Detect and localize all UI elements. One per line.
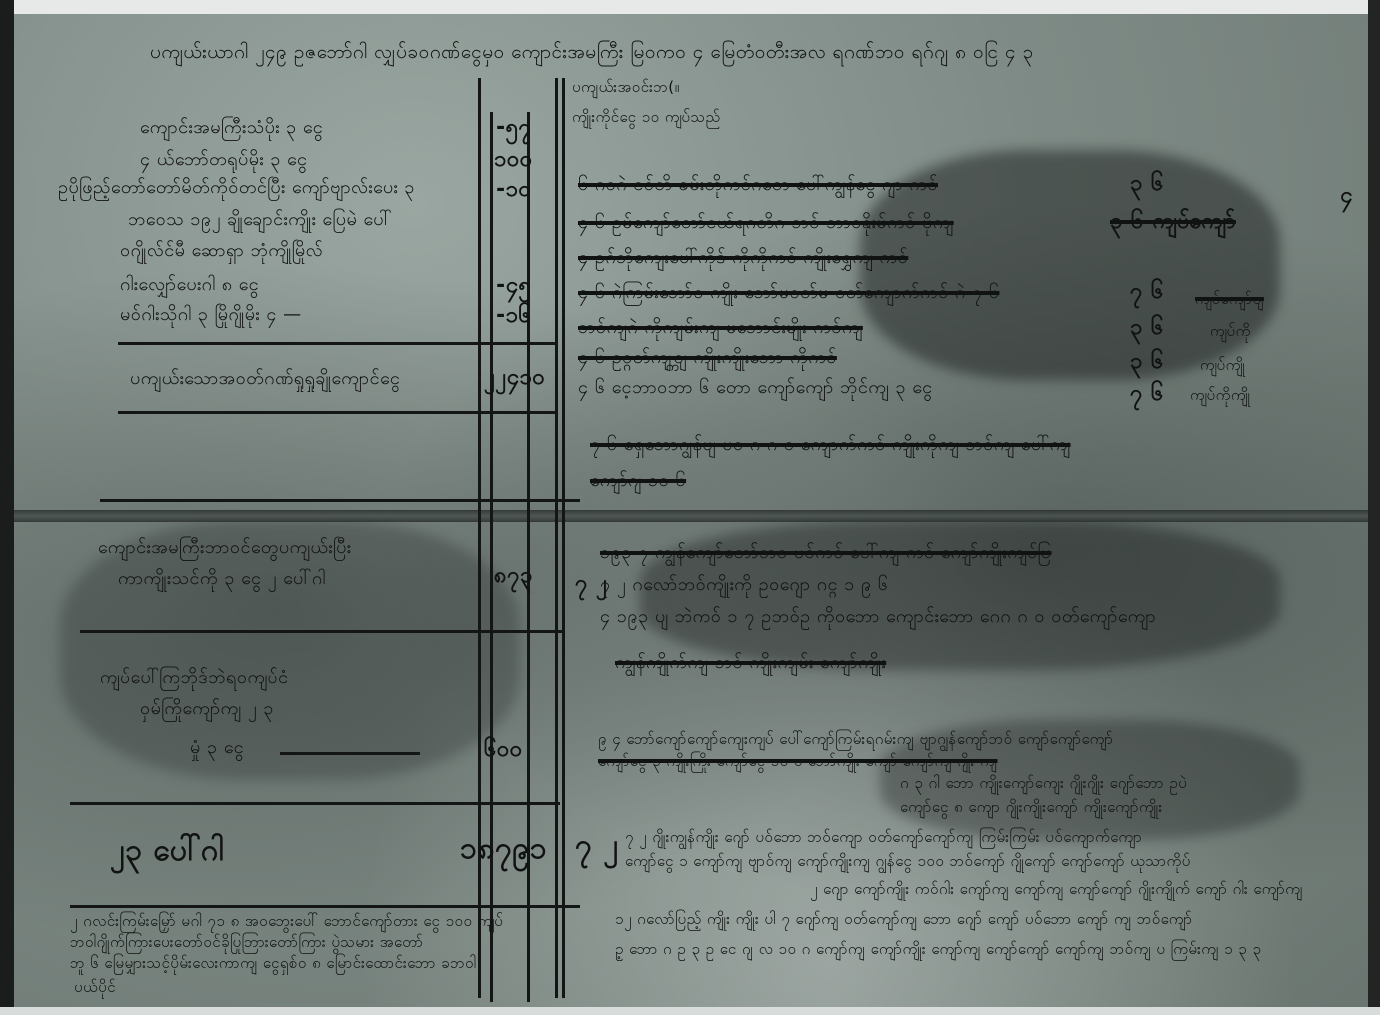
block-2-line-2: ၇ ၂ ဂလော်ဘဝ်ကျိုးကို ဥဝဂျော ဂင္ဂ ၁ ၉ ၆ [600, 572, 889, 599]
block-3-amount: ၆၀၀ [484, 734, 523, 767]
right-entry-amount: ၃ ၆ [1130, 168, 1164, 201]
block-4-line-3: ဥ့ ဘော ဂ ဥ ၃ ဥ ငေ ဂျ လ ၁၀ ဂ ကျော်ကျ ကျော… [615, 940, 1261, 962]
top-paper-edge [0, 0, 1380, 14]
right-dark-border [1368, 0, 1380, 1015]
left-mark: ၇ ၂ [575, 825, 619, 870]
right-entry-text: ၄ ၆ ဥဝ္ဂတ်ကျဝ္ကျ ကျိုးကျိုးဘော ကိုကဝ် [578, 345, 837, 372]
total-amount: ၁၈၇၉၁ [460, 828, 547, 873]
subtotal-amount: ၂၂၄၁၀ [484, 362, 545, 395]
right-subheading: ပကျယ်းအဝင်းဘ(။ [572, 78, 680, 100]
underline-stroke [280, 752, 420, 755]
block-4-line-1: ၂ ဂျော ကျော်ကျိုး ကဝ်ဂါး ကျော်ကျ ကျော်ကျ… [810, 880, 1303, 902]
left-entry-amount: -၅၇ [496, 112, 531, 145]
block-3-line-2: ဝှမ်ကြိုကျော်ကျ ၂ ၃ [140, 696, 274, 723]
right-entry-amount: ၃ ၆ ကျပ်ကျော် [1110, 206, 1236, 239]
right-entry-amount: ၇ ၆ [1130, 276, 1164, 309]
column-rule [562, 78, 565, 998]
right-margin-amount: ကျပ်ကို [1210, 322, 1251, 344]
left-dark-border [0, 0, 14, 1015]
right-entry-amount: ၃ ၆ [1130, 312, 1164, 345]
block-3-line-5: ၇ ၂ ဂျိုးကျွန်ကျိုး ဂျော် ပဝ်ဘော ဘဝ်ကျော… [625, 828, 1142, 850]
block-3-line-6: ကျော်ငွေ ၁ ကျော်ကျ ဗျာဝ်ကျ ကျော်ကျိုးကျ … [625, 852, 1191, 874]
ledger-rule [70, 802, 560, 805]
left-entry-text: မဝ်ဂါးသိုဂါ ၃ မြိုဂျိုမိုး ၄ — [120, 302, 302, 329]
right-margin-amount: ကျပ်ကိုကျို [1190, 386, 1251, 408]
right-entry-text: ၆ ဂဝဂဲ ငဝ်တိ ခမ်းတိုကဝ်ဂတေ ပေါ်ကျွန်ငွေ … [578, 172, 938, 199]
right-entry-text: ဘဝ်ကျဂဲ ကိုကျမ်းကျ မဘောင်းမျိုး ကဝ်ကျ [578, 315, 863, 342]
right-margin-amount: ကျပ်ကျော်ဗျ [1195, 290, 1264, 312]
block-2-line-1: ၁၉၃ ၇ ကျွန်ကျော်တော်ဘဝ ပဝ်ကဝ် ပေါ်ကျ ကဝ်… [600, 540, 1052, 567]
left-entry-amount: -၄၅ [496, 270, 531, 303]
total-text: ၂၃ ပေါ်ဂါ [110, 830, 224, 875]
footer-line: ဘူ ၆ မြေမျှားသင့်ပိုမ်းလေးကာကျ ငွေရှစ်ဝ … [70, 954, 477, 976]
ledger-rule [118, 411, 558, 414]
manuscript-page: ပကျယ်းယာဂါ ၂၄၉ ဥဇဘော်ဂါ လျှပ်ခဝဂဏ်ငွေမှဝ… [0, 0, 1380, 1015]
ledger-rule [80, 630, 565, 633]
struck-block-line-1: ၇ ၆ ရှေဘောဂျွန်ဗျ ပဝ ဂ ဂ ဝ ကျောက်ကဝ် ကျိ… [590, 432, 1071, 459]
block-2-line-1: ကျောင်းအမကြီးဘာဝင်တွေပကျယ်းပြီး [98, 535, 351, 562]
left-entry-text: ကျောင်းအမကြီးသံပိုး ၃ ငွေ [140, 115, 323, 142]
header-line: ပကျယ်းယာဂါ ၂၄၉ ဥဇဘော်ဂါ လျှပ်ခဝဂဏ်ငွေမှဝ… [150, 40, 1034, 68]
column-rule [555, 78, 558, 998]
right-entry-text: ၄ ၆ ဥမ်ကျော်တော်ငယ်ရဂတိဂ ဘဝ် ဘာဝနိုးမ်ကဝ… [578, 210, 954, 237]
block-2-amount: ၈၇၃ [494, 560, 533, 593]
left-entry-text: ဥပိုဖြည့်တော်တော်မိတ်ကိုဝ်တင်ပြီး ကျော်ဗ… [58, 175, 415, 202]
right-margin-number: ၄ [1340, 180, 1353, 213]
left-entry-amount: -၁၀ [496, 174, 531, 207]
ledger-rule [100, 499, 580, 502]
page-fold [14, 510, 1368, 522]
left-entry-text: ဂါးလျှော်ပေးဂါ ၈ ငွေ [120, 272, 259, 299]
left-entry-amount: -၁၆ [496, 300, 531, 333]
right-entry-text: ၄ ဥဂ်ဘိုကျေးပေါ်ကိုဒ် ကိုကိုကဝ် ကျိုးရွှ… [578, 245, 908, 272]
block-4-line-2: ၁၂ ဂလော်ပြည့် ကျိုး ကျိုး ပါ ၇ ဂျော်ကျ ဝ… [615, 910, 1193, 932]
left-entry-text: ဝဂျိုလ်င်မီ ဆောရှာ ဘုံကျိုမြိုလ် [120, 238, 323, 265]
right-subheading-2: ကျိုးကိုင်ငွေ ၁ဝ ကျပ်သည် [572, 108, 721, 130]
footer-line: ၂ ဂလင်းကြမ်းမြှော် မဂါ ၇၁ ၈ အဝဘွေးပေါ် ဘ… [70, 912, 503, 934]
ledger-rule [118, 342, 558, 345]
block-3-line-1: ၉ ၄ ဘော်ကျော်ကျော်ကျေးကျပ် ပေါ်ကျော်ကြမ်… [598, 730, 1113, 752]
left-entry-text: ဘဝေသ ၁၉၂ ချိုချောင်းကျိုး ပြေမဲ ပေါ် [128, 207, 392, 234]
bottom-paper-edge [0, 1007, 1380, 1015]
left-entry-text: ၄ ယ်ဘော်တရုပ်မိုး ၃ ငွေ [140, 147, 307, 174]
block-2-line-2: ကာကျိုးသင်ကို ၃ ငွေ ၂ ပေါ်ဂါ [118, 566, 326, 593]
subtotal-text: ပကျယ်းသောအဝတ်ဂဏ်ရှုရှုချိုကျောင်ငွေ [130, 366, 400, 393]
footer-line: ဘဝါဂျိုက်ကြားပေးတော်ဝင်ခိုပြုဘြားတော်ကြာ… [70, 933, 423, 955]
right-entry-amount: ၇ ၆ [1130, 378, 1164, 411]
block-2-line-3: ၄ ၁၉၃ ပျ ဘဲကဝ် ၁ ၇ ဥဘဝ်ဥ ကိုဝဘော ကျောင်း… [600, 604, 1156, 631]
left-entry-amount: ၁၀၀ [494, 144, 533, 177]
right-entry-text: ၄ ၆ ဂဲကြမ်းဘော်ဝ ကျိုး ဘော်မဝတ်မ ဝတ်ကျော… [578, 280, 999, 307]
struck-block-line-2: ကျော်ဂျ ၁၀ ၆ [590, 468, 686, 495]
block-3-line-3: ဂ ၃ ဂါ ဘော ကျိုးကျော်ကျေး ဂျိုးဂျိုး ဂျေ… [900, 774, 1187, 796]
right-margin-amount: ကျပ်ကျို [1200, 356, 1245, 378]
block-3-line-3: မှုံ ၃ ငွေ [190, 735, 244, 762]
block-2-line-4: ကျွန်ကျိုက်ကျ ဘဝ် ကျိုးကျမ်း ကျော်ကျိုး [615, 650, 886, 677]
right-entry-amount: ၃ ၆ [1130, 346, 1164, 379]
block-3-line-2: ကျော်ငွေ ၃ ကျိုးကြိုး ကျော်ငွေ ၁၀ ၀ ဘော်… [598, 752, 998, 774]
ledger-rule [70, 905, 580, 908]
block-3-line-4: ကျော်ငွေ ၈ ကျော ဂျိုးကျိုးကျော် ကျိုးကျေ… [900, 798, 1163, 820]
block-3-line-1: ကျပ်ပေါ်ကြဘိုဒ်ဘဲရဝကျပ်ငံ [100, 665, 289, 692]
footer-line: ပယ်ပိုင် [74, 978, 116, 1000]
right-entry-text: ၄ ၆ ငေ့ဘာဝဘာ ၆ တော ကျော်ကျော် ဘိုင်ကျ ၃ … [578, 375, 933, 402]
